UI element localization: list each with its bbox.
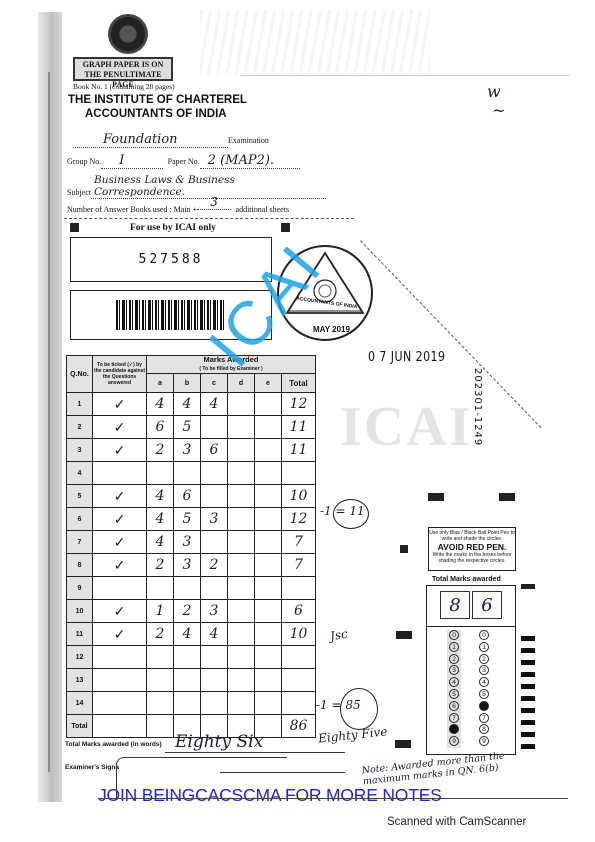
mark-cell-c[interactable] [201, 577, 228, 600]
timing-mark-icon [521, 744, 535, 749]
row-total-cell[interactable] [282, 646, 316, 669]
omr-separator [427, 626, 515, 627]
tens-bubble-column: 0123456789 [447, 630, 461, 748]
tick-cell[interactable]: ✓ [93, 485, 147, 508]
serial-number-vertical: 202301-1249 [472, 368, 483, 446]
row-total-cell[interactable]: 11 [282, 439, 316, 462]
tick-cell[interactable] [93, 577, 147, 600]
total-label: Total [67, 715, 93, 738]
omr-bubble-6[interactable]: 6 [479, 701, 489, 711]
units-bubble-column: 0123456789 [477, 630, 491, 748]
seal-date: MAY 2019 [313, 325, 350, 334]
qno-cell: 13 [67, 669, 93, 692]
mark-cell-d[interactable] [228, 646, 255, 669]
table-row: 7✓437 [67, 531, 316, 554]
mark-cell-c[interactable]: 2 [201, 554, 228, 577]
omr-bubble-5[interactable]: 5 [449, 689, 459, 699]
mark-cell-d[interactable] [228, 669, 255, 692]
icai-only-label: For use by ICAI only [130, 223, 216, 233]
mark-cell-a[interactable]: 2 [147, 439, 174, 462]
omr-bubble-2[interactable]: 2 [479, 654, 489, 664]
qno-cell: 1 [67, 393, 93, 416]
group-paper-field: Group No.I Paper No.2 (MAP2). [67, 151, 300, 169]
paper-value: 2 (MAP2). [200, 153, 300, 169]
table-row: 3✓23611 [67, 439, 316, 462]
mark-cell-a[interactable] [147, 577, 174, 600]
tick-cell[interactable]: ✓ [93, 508, 147, 531]
mark-cell-a[interactable]: 2 [147, 554, 174, 577]
qno-cell: 5 [67, 485, 93, 508]
row-total-cell[interactable] [282, 577, 316, 600]
timing-mark-icon [521, 732, 535, 737]
row-total-cell[interactable]: 11 [282, 416, 316, 439]
mark-cell-a[interactable]: 4 [147, 485, 174, 508]
qno-header: Q.No. [67, 356, 93, 393]
examiner-tick-scribble: w ~ [487, 82, 506, 120]
timing-mark-icon [521, 720, 535, 725]
mark-cell-e[interactable] [255, 577, 282, 600]
mark-cell-a[interactable] [147, 462, 174, 485]
dashed-divider [64, 218, 354, 219]
omr-bubble-6[interactable]: 6 [449, 701, 459, 711]
mark-cell-b[interactable]: 2 [174, 600, 201, 623]
mark-cell-c[interactable]: 3 [201, 600, 228, 623]
marks-table: Q.No. To be ticked (✓) by the candidate … [66, 355, 316, 738]
tick-cell[interactable]: ✓ [93, 623, 147, 646]
mark-cell-a[interactable] [147, 646, 174, 669]
mark-cell-d[interactable] [228, 623, 255, 646]
tick-cell[interactable]: ✓ [93, 554, 147, 577]
roll-code: 527588 [71, 252, 271, 267]
mark-cell-d[interactable] [228, 485, 255, 508]
mark-cell-e[interactable] [255, 485, 282, 508]
table-row: 8✓2327 [67, 554, 316, 577]
group-label: Group No. [67, 157, 101, 166]
mark-cell-c[interactable]: 4 [201, 393, 228, 416]
examination-label: Examination [228, 136, 269, 145]
timing-mark-icon [521, 684, 535, 689]
received-date-stamp: 0 7 JUN 2019 [368, 350, 445, 365]
row-total-cell[interactable] [282, 462, 316, 485]
mark-cell-a[interactable]: 4 [147, 393, 174, 416]
mark-cell-d[interactable] [228, 600, 255, 623]
booklet-spine [38, 12, 64, 802]
mark-cell-b[interactable]: 4 [174, 393, 201, 416]
timing-mark-icon [521, 636, 535, 641]
mark-cell-a[interactable]: 6 [147, 416, 174, 439]
registration-mark-icon [396, 631, 412, 639]
examination-value: Foundation [73, 132, 228, 148]
omr-bubble-4[interactable]: 4 [449, 677, 459, 687]
qno-cell: 11 [67, 623, 93, 646]
col-a-header: a [147, 374, 174, 393]
mark-cell-e[interactable] [255, 554, 282, 577]
mark-cell-b[interactable]: 3 [174, 531, 201, 554]
mark-cell-d[interactable] [228, 462, 255, 485]
row-total-cell[interactable]: 10 [282, 485, 316, 508]
additional-sheets-label: additional sheets [236, 205, 290, 214]
tick-cell[interactable]: ✓ [93, 439, 147, 462]
omr-title: Total Marks awarded [432, 576, 501, 583]
group-value: I [101, 153, 163, 169]
registration-mark-icon [499, 493, 515, 501]
registration-mark-icon [521, 584, 535, 589]
words-label: Total Marks awarded (in words) [65, 741, 162, 748]
mark-cell-b[interactable]: 5 [174, 416, 201, 439]
answer-books-label: Number of Answer Books used : Main + [67, 205, 197, 214]
q6-circle [333, 499, 369, 529]
mark-cell-e[interactable] [255, 531, 282, 554]
avoid-red-pen: AVOID RED PEN. [429, 542, 515, 552]
mark-cell-b[interactable]: 3 [174, 439, 201, 462]
mark-cell-e[interactable] [255, 462, 282, 485]
mark-cell-c[interactable]: 4 [201, 623, 228, 646]
mark-cell-a[interactable] [147, 669, 174, 692]
mark-cell-d[interactable] [228, 531, 255, 554]
mark-cell-e[interactable] [255, 439, 282, 462]
graph-paper-notice: GRAPH PAPER IS ON THE PENULTIMATE PAGE [73, 57, 173, 81]
mark-cell-c[interactable] [201, 485, 228, 508]
mark-cell-e[interactable] [255, 416, 282, 439]
omr-bubble-4[interactable]: 4 [479, 677, 489, 687]
mark-cell-c[interactable] [201, 416, 228, 439]
mark-cell-a[interactable] [147, 692, 174, 715]
mark-cell-c[interactable] [201, 462, 228, 485]
table-row: 1✓44412 [67, 393, 316, 416]
omr-bubble-8[interactable]: 8 [449, 724, 459, 734]
row-total-cell[interactable]: 12 [282, 508, 316, 531]
units-digit-box[interactable]: 6 [472, 591, 502, 619]
mark-cell-e[interactable] [255, 600, 282, 623]
mark-cell-a[interactable]: 4 [147, 531, 174, 554]
mark-cell-b[interactable] [174, 462, 201, 485]
table-row: 10✓1236 [67, 600, 316, 623]
registration-mark-icon [400, 545, 408, 553]
icai-watermark: ICAI [340, 395, 472, 459]
registration-mark-icon [428, 493, 444, 501]
table-row: 2✓6511 [67, 416, 316, 439]
row-total-cell[interactable]: 10 [282, 623, 316, 646]
mark-cell-d[interactable] [228, 577, 255, 600]
table-row: 13 [67, 669, 316, 692]
timing-mark-icon [521, 648, 535, 653]
tick-cell[interactable] [93, 646, 147, 669]
mark-cell-b[interactable] [174, 577, 201, 600]
grand-total-cell[interactable]: 86 [282, 715, 316, 738]
mark-cell-a[interactable]: 4 [147, 508, 174, 531]
answer-books-field: Number of Answer Books used : Main +3 ad… [67, 199, 289, 217]
row-total-cell[interactable]: 12 [282, 393, 316, 416]
row-total-cell[interactable]: 7 [282, 554, 316, 577]
omr-bubble-9[interactable]: 9 [479, 736, 489, 746]
omr-bubble-0[interactable]: 0 [449, 630, 459, 640]
paper-label: Paper No. [168, 157, 200, 166]
qno-cell: 6 [67, 508, 93, 531]
row-total-cell[interactable] [282, 692, 316, 715]
omr-bubble-3[interactable]: 3 [449, 665, 459, 675]
row-total-cell[interactable]: 7 [282, 531, 316, 554]
mark-cell-b[interactable]: 3 [174, 554, 201, 577]
mark-cell-b[interactable]: 5 [174, 508, 201, 531]
scan-noise [200, 10, 430, 75]
col-e-header: e [255, 374, 282, 393]
mark-cell-c[interactable]: 3 [201, 508, 228, 531]
mark-cell-b[interactable] [174, 646, 201, 669]
qno-cell: 12 [67, 646, 93, 669]
table-row: 12 [67, 646, 316, 669]
row-total-cell[interactable]: 6 [282, 600, 316, 623]
mark-cell-a[interactable]: 2 [147, 623, 174, 646]
roll-code-box: 527588 [70, 237, 272, 282]
total-header: Total [282, 374, 316, 393]
mark-cell-e[interactable] [255, 692, 282, 715]
mark-cell-e[interactable] [255, 623, 282, 646]
mark-cell-c[interactable] [201, 669, 228, 692]
omr-bubble-1[interactable]: 1 [449, 642, 459, 652]
mark-cell-d[interactable] [228, 554, 255, 577]
qno-cell: 9 [67, 577, 93, 600]
mark-cell-e[interactable] [255, 669, 282, 692]
icai-logo-icon [108, 14, 148, 54]
omr-bubble-9[interactable]: 9 [449, 736, 459, 746]
tick-cell[interactable]: ✓ [93, 393, 147, 416]
qno-cell: 14 [67, 692, 93, 715]
tick-header: To be ticked (✓) by the candidate agains… [93, 356, 147, 393]
subject-label: Subject [67, 188, 91, 197]
examination-field: FoundationExamination [73, 130, 269, 148]
table-row: 5✓4610 [67, 485, 316, 508]
mark-cell-e[interactable] [255, 646, 282, 669]
mark-cell-b[interactable] [174, 692, 201, 715]
tick-cell[interactable]: ✓ [93, 531, 147, 554]
omr-bubble-7[interactable]: 7 [479, 713, 489, 723]
timing-mark-icon [521, 708, 535, 713]
scanner-watermark: Scanned with CamScanner [387, 816, 526, 828]
omr-bubble-7[interactable]: 7 [449, 713, 459, 723]
top-rule [240, 75, 570, 76]
mark-cell-e[interactable] [255, 393, 282, 416]
tick-cell[interactable]: ✓ [93, 416, 147, 439]
promo-link[interactable]: JOIN BEINGCACSCMA FOR MORE NOTES [98, 785, 442, 806]
institute-title-line2: ACCOUNTANTS OF INDIA [85, 108, 227, 120]
qno-cell: 4 [67, 462, 93, 485]
omr-bubble-3[interactable]: 3 [479, 665, 489, 675]
mark-cell-d[interactable] [228, 439, 255, 462]
omr-bubble-1[interactable]: 1 [479, 642, 489, 652]
registration-mark-icon [395, 740, 411, 748]
omr-bubble-8[interactable]: 8 [479, 724, 489, 734]
mark-cell-d[interactable] [228, 416, 255, 439]
table-row: 14 [67, 692, 316, 715]
total-circle [340, 688, 378, 730]
mark-cell-d[interactable] [228, 508, 255, 531]
words-underline [165, 752, 345, 753]
table-row: 4 [67, 462, 316, 485]
qno-cell: 2 [67, 416, 93, 439]
qno-cell: 10 [67, 600, 93, 623]
col-c-header: c [201, 374, 228, 393]
table-row: 9 [67, 577, 316, 600]
qno-cell: 8 [67, 554, 93, 577]
mark-cell-a[interactable]: 1 [147, 600, 174, 623]
mark-cell-e[interactable] [255, 508, 282, 531]
tick-cell[interactable] [93, 692, 147, 715]
institute-title-line1: THE INSTITUTE OF CHARTEREL [68, 93, 247, 107]
mark-cell-b[interactable]: 6 [174, 485, 201, 508]
signature-label: Examiner's Signa [65, 764, 119, 771]
mark-cell-d[interactable] [228, 393, 255, 416]
pen-notice-box: Use only Blue / Black Ball Point Pen to … [428, 527, 516, 571]
mark-cell-d[interactable] [228, 692, 255, 715]
mark-cell-c[interactable] [201, 531, 228, 554]
mark-cell-c[interactable] [201, 646, 228, 669]
mark-cell-c[interactable] [201, 692, 228, 715]
tick-cell[interactable] [93, 462, 147, 485]
timing-mark-icon [521, 696, 535, 701]
tick-cell[interactable] [93, 669, 147, 692]
col-b-header: b [174, 374, 201, 393]
timing-mark-icon [521, 660, 535, 665]
words-value: Eighty Six [175, 732, 263, 752]
omr-bubble-2[interactable]: 2 [449, 654, 459, 664]
row-total-cell[interactable] [282, 669, 316, 692]
book-number: Book No. 1 (containing 28 pages) [73, 82, 175, 91]
omr-bubble-5[interactable]: 5 [479, 689, 489, 699]
qno-cell: 7 [67, 531, 93, 554]
mark-cell-c[interactable]: 6 [201, 439, 228, 462]
footer-rule [98, 798, 568, 799]
tick-cell[interactable]: ✓ [93, 600, 147, 623]
table-row: 11✓24410 [67, 623, 316, 646]
tens-digit-box[interactable]: 8 [440, 591, 470, 619]
omr-marks-grid: 8 6 0123456789 0123456789 [426, 585, 516, 755]
table-row: 6✓45312 [67, 508, 316, 531]
qno-cell: 3 [67, 439, 93, 462]
signature-line [220, 772, 345, 773]
registration-mark-icon [70, 223, 79, 232]
answer-books-value: 3 [197, 195, 231, 210]
mark-cell-b[interactable]: 4 [174, 623, 201, 646]
timing-mark-icon [521, 672, 535, 677]
mark-cell-b[interactable] [174, 669, 201, 692]
omr-bubble-0[interactable]: 0 [479, 630, 489, 640]
